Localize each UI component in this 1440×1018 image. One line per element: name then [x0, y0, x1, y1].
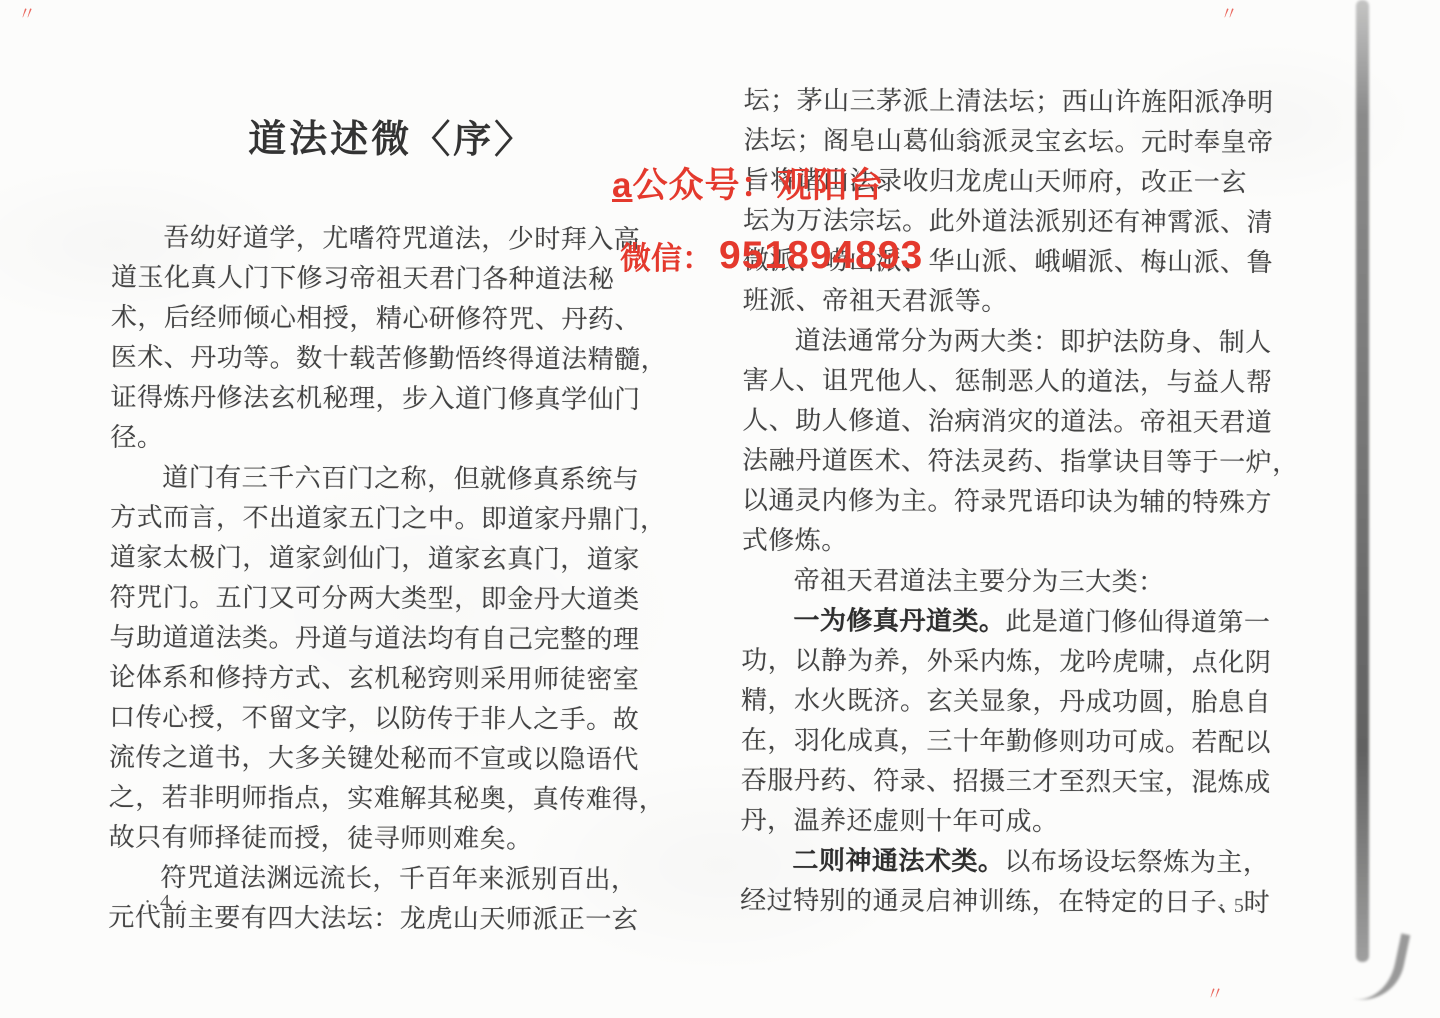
page-number-left: · 4 ·: [144, 891, 187, 914]
bold-run: 二则神通法术类。: [792, 846, 1004, 876]
text-line: 害人、诅咒他人、惩制恶人的道法，与益人帮: [742, 361, 1304, 403]
text-line: 口传心授，不留文字，以防传于非人之手。故: [109, 698, 669, 740]
bold-run: 一为修真丹道类。: [793, 606, 1005, 636]
text-line: 二则神通法术类。以布场设坛祭炼为主，: [740, 841, 1302, 883]
text-line: 一为修真丹道类。此是道门修仙得道第一: [741, 601, 1303, 643]
text-line: 道法通常分为两大类：即护法防身、制人: [743, 321, 1305, 363]
text-line: 径。: [110, 418, 670, 460]
text-line: 吾幼好道学，尤嗜符咒道法，少时拜入高: [111, 218, 671, 260]
text-line: 道玉化真人门下修习帝祖天君门各种道法秘: [111, 258, 671, 300]
watermark-wechat: 微信： 951894893: [620, 233, 923, 278]
text-line: 论体系和修持方式、玄机秘窍则采用师徒密室: [109, 658, 669, 700]
text-line: 故只有师择徒而授，徒寻师则难矣。: [109, 818, 669, 860]
text-line: 人、助人修道、治病消灾的道法。帝祖天君道: [742, 401, 1304, 443]
text-line: 符咒门。五门又可分两大类型，即金丹大道类: [110, 578, 670, 620]
text-line: 医术、丹功等。数十载苦修勤悟终得道法精髓，: [111, 338, 671, 380]
corner-mark-icon: 〃: [1220, 0, 1238, 26]
text-line: 式修炼。: [742, 521, 1304, 563]
watermark-wechat-number: 951894893: [719, 234, 923, 278]
text-line: 元代前主要有四大法坛：龙虎山天师派正一玄: [108, 898, 668, 940]
text-line: 法坛；阁皂山葛仙翁派灵宝玄坛。元时奉皇帝: [743, 121, 1305, 163]
left-page-text: 吾幼好道学，尤嗜符咒道法，少时拜入高道玉化真人门下修习帝祖天君门各种道法秘术，后…: [108, 218, 671, 940]
text-line: 法融丹道医术、符法灵药、指掌诀目等于一炉，: [742, 441, 1304, 483]
page-number-right: · 5 ·: [1218, 895, 1261, 918]
watermark-wechat-label: 微信：: [620, 233, 713, 278]
watermark-prefix: a: [612, 166, 632, 205]
text-line: 方式而言，不出道家五门之中。即道家丹鼎门，: [110, 498, 670, 540]
text-line: 坛；茅山三茅派上清法坛；西山许旌阳派净明: [744, 81, 1306, 123]
text-line: 流传之道书，大多关键处秘而不宣或以隐语代: [109, 738, 669, 780]
watermark-account: a公众号：观阳台: [612, 158, 884, 208]
corner-mark-icon: 〃: [18, 0, 36, 26]
text-line: 功，以静为养，外采内炼，龙吟虎啸，点化阴: [741, 641, 1303, 683]
text-line: 吞服丹药、符录、招摄三才至烈天宝，混炼成: [741, 761, 1303, 803]
text-line: 与助道道法类。丹道与道法均有自己完整的理: [109, 618, 669, 660]
text-line: 在，羽化成真，三十年勤修则功可成。若配以: [741, 721, 1303, 763]
watermark-account-text: 公众号：观阳台: [632, 166, 884, 205]
text-line: 精，水火既济。玄关显象，丹成功圆，胎息自: [741, 681, 1303, 723]
text-line: 之，若非明师指点，实难解其秘奥，真传难得，: [109, 778, 669, 820]
scanned-book-spread: 道法述微〈序〉 吾幼好道学，尤嗜符咒道法，少时拜入高道玉化真人门下修习帝祖天君门…: [0, 0, 1440, 1018]
book-spine-shadow: [1356, 0, 1369, 962]
text-line: 证得炼丹修法玄机秘理，步入道门修真学仙门: [110, 378, 670, 420]
text-line: 以通灵内修为主。符录咒语印诀为辅的特殊方: [742, 481, 1304, 523]
text-line: 符咒道法渊远流长，千百年来派别百出，: [108, 858, 668, 900]
text-line: 帝祖天君道法主要分为三大类：: [742, 561, 1304, 603]
left-page: 道法述微〈序〉 吾幼好道学，尤嗜符咒道法，少时拜入高道玉化真人门下修习帝祖天君门…: [108, 99, 672, 940]
text-line: 道家太极门，道家剑仙门，道家玄真门，道家: [110, 538, 670, 580]
text-line: 道门有三千六百门之称，但就修真系统与: [110, 458, 670, 500]
corner-mark-icon: 〃: [1206, 980, 1224, 1006]
text-line: 术，后经师倾心相授，精心研修符咒、丹药、: [111, 298, 671, 340]
text-line: 班派、帝祖天君派等。: [743, 281, 1305, 323]
text-line: 丹，温养还虚则十年可成。: [740, 801, 1302, 843]
page-title: 道法述微〈序〉: [112, 107, 672, 164]
